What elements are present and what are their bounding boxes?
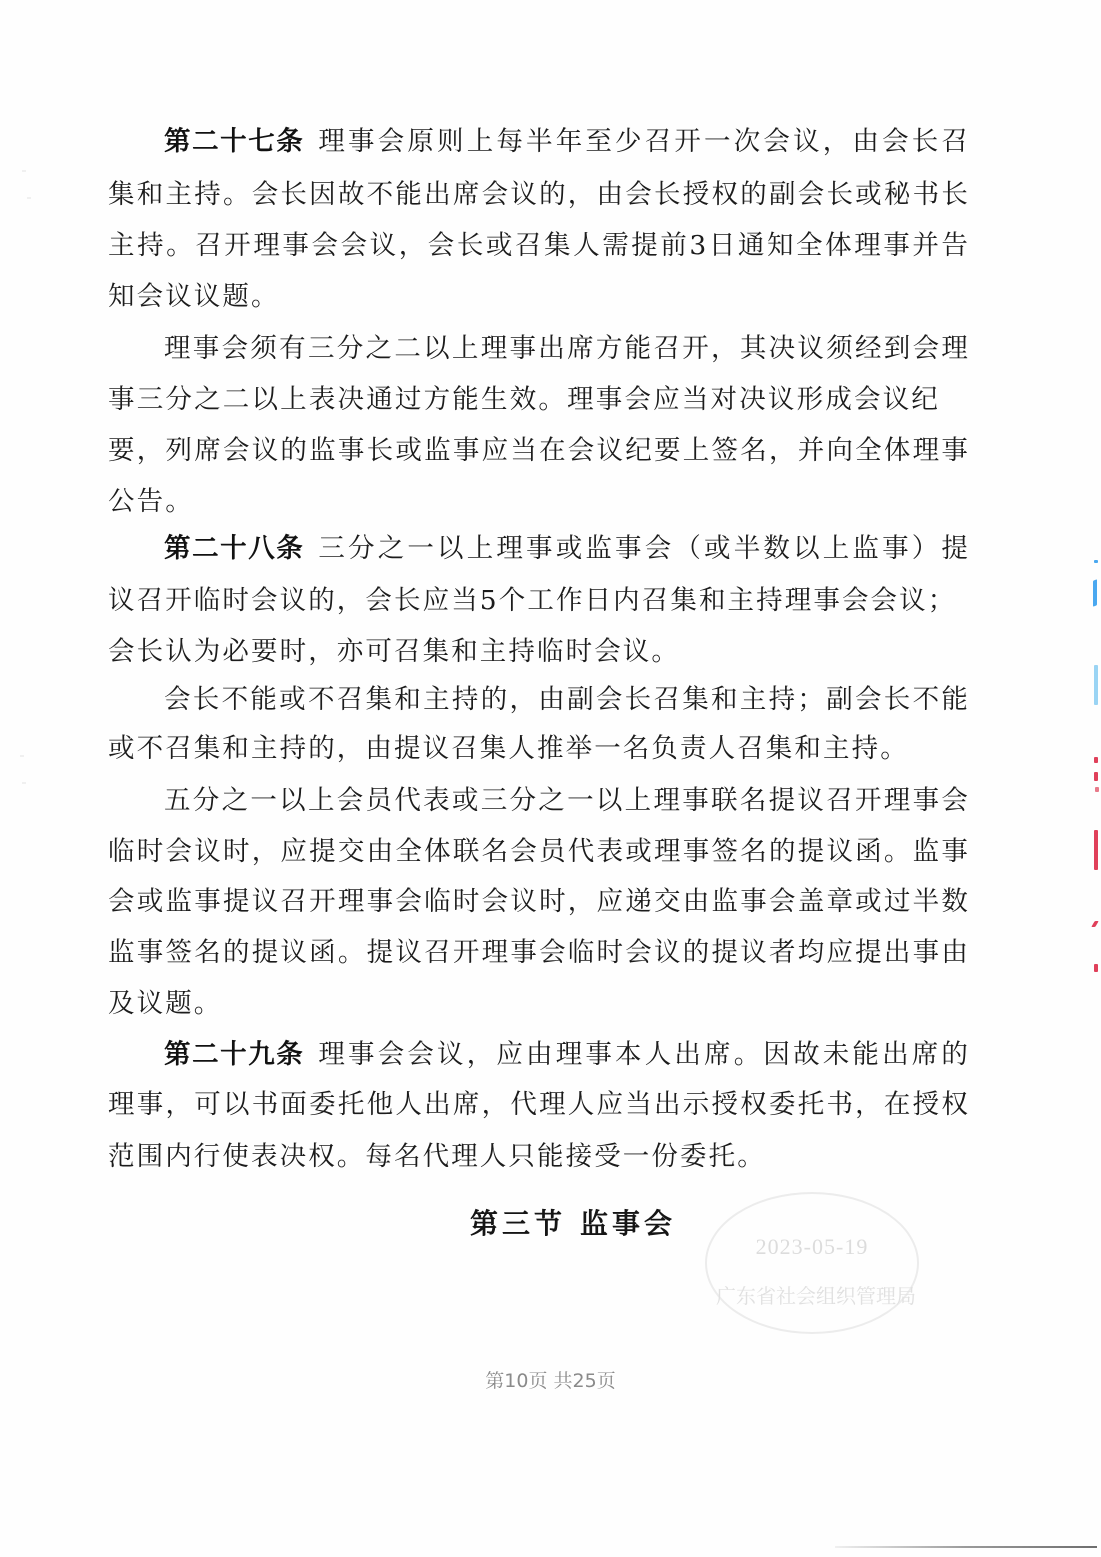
document-page: 第二十七条理事会原则上每半年至少召开一次会议，由会长召 集和主持。会长因故不能出… — [0, 0, 1101, 1557]
stamp-date: 2023-05-19 — [707, 1234, 917, 1260]
section-heading: 第三节监事会 — [470, 1202, 676, 1242]
article-27-line-2: 集和主持。会长因故不能出席会议的，由会长授权的副会长或秘书长 — [108, 175, 970, 215]
article-27-para2-line-2: 事三分之二以上表决通过方能生效。理事会应当对决议形成会议纪 — [108, 380, 940, 420]
article-27-para2-line-3: 要，列席会议的监事长或监事应当在会议纪要上签名，并向全体理事 — [108, 431, 970, 471]
edge-mark-red — [1095, 787, 1099, 792]
article-28-para3-line-3: 会或监事提议召开理事会临时会议时，应递交由监事会盖章或过半数 — [108, 882, 970, 922]
article-27-para2-line-4: 公告。 — [108, 482, 970, 522]
page-indicator: 第10页 共25页 — [0, 1366, 1101, 1393]
edge-mark-red — [1094, 757, 1098, 763]
article-29-line-1: 第二十九条理事会会议，应由理事本人出席。因故未能出席的 — [164, 1035, 970, 1075]
scan-speck — [20, 755, 24, 757]
edge-mark-red — [1094, 964, 1098, 972]
article-29-line-3: 范围内行使表决权。每名代理人只能接受一份委托。 — [108, 1137, 970, 1177]
edge-mark-blue — [1093, 579, 1097, 606]
article-28-para3-line-1: 五分之一以上会员代表或三分之一以上理事联名提议召开理事会 — [164, 781, 970, 821]
official-stamp: 2023-05-19 广东省社会组织管理局 — [705, 1192, 919, 1334]
edge-mark-blue — [1094, 665, 1098, 705]
scan-speck — [27, 197, 31, 199]
article-number: 第二十九条 — [164, 1039, 304, 1070]
article-28-line-1: 第二十八条三分之一以上理事或监事会（或半数以上监事）提 — [164, 529, 970, 569]
scan-speck — [22, 170, 26, 172]
article-27-line-3: 主持。召开理事会会议，会长或召集人需提前3日通知全体理事并告 — [108, 226, 970, 266]
article-27-line-1: 第二十七条理事会原则上每半年至少召开一次会议，由会长召 — [164, 122, 970, 162]
article-28-line-3: 会长认为必要时，亦可召集和主持临时会议。 — [108, 632, 970, 672]
stamp-org: 广东省社会组织管理局 — [701, 1280, 931, 1309]
scan-edge-line — [835, 1546, 1097, 1548]
article-28-para3-line-2: 临时会议时，应提交由全体联名会员代表或理事签名的提议函。监事 — [108, 832, 970, 872]
article-28-para2-line-1: 会长不能或不召集和主持的，由副会长召集和主持；副会长不能 — [164, 680, 970, 720]
article-28-line-2: 议召开临时会议的，会长应当5个工作日内召集和主持理事会会议； — [108, 581, 940, 621]
scan-speck — [22, 782, 26, 784]
edge-mark-red — [1094, 830, 1098, 870]
article-number: 第二十八条 — [164, 533, 304, 564]
article-28-para2-line-2: 或不召集和主持的，由提议召集人推举一名负责人召集和主持。 — [108, 729, 970, 769]
article-28-para3-line-5: 及议题。 — [108, 984, 970, 1024]
edge-mark-red — [1094, 772, 1098, 781]
article-27-para2-line-1: 理事会须有三分之二以上理事出席方能召开，其决议须经到会理 — [164, 329, 970, 369]
article-28-para3-line-4: 监事签名的提议函。提议召开理事会临时会议的提议者均应提出事由 — [108, 933, 970, 973]
article-29-line-2: 理事，可以书面委托他人出席，代理人应当出示授权委托书，在授权 — [108, 1085, 970, 1125]
edge-mark-blue — [1094, 560, 1098, 563]
article-number: 第二十七条 — [164, 126, 304, 157]
article-27-line-4: 知会议议题。 — [108, 277, 970, 317]
edge-mark-red — [1091, 921, 1098, 927]
